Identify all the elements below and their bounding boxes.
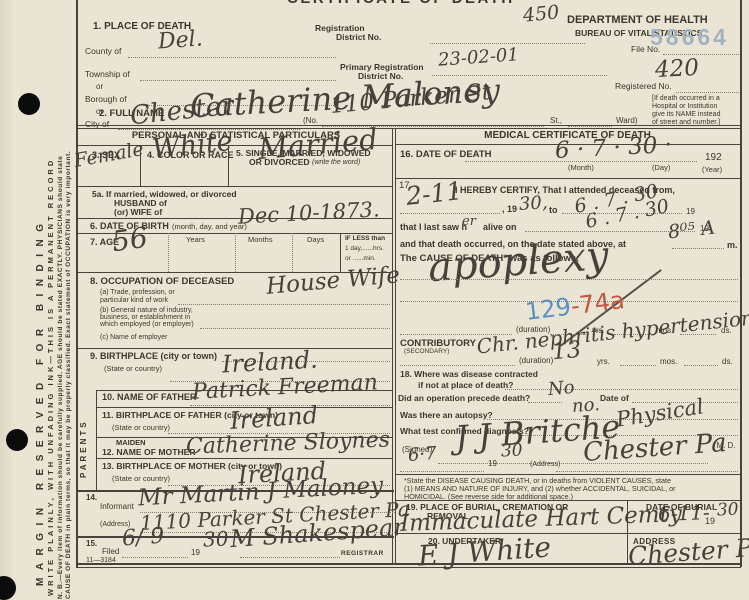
punch-hole	[0, 576, 16, 600]
occupation-b-line3: which employed (or employer)	[100, 321, 194, 328]
last-saw-pre-text: that I last saw h	[400, 223, 467, 232]
undertaker-value-handwriting: E J White	[417, 533, 552, 570]
dotted-line	[465, 160, 697, 162]
margin-nb-note-line1: N. B.—Every item of information should b…	[58, 156, 65, 599]
last-saw-er-handwriting: er	[462, 215, 476, 228]
mother-name-label-line1: MAIDEN	[116, 439, 146, 447]
dotted-line	[400, 278, 738, 280]
occupation-value-handwriting: House Wife	[265, 264, 401, 299]
burial-date-year-handwriting: 30	[717, 501, 740, 519]
rule	[76, 128, 741, 129]
occupation-c-label: (c) Name of employer	[100, 334, 167, 341]
rule	[396, 474, 741, 475]
pencil-number-handwriting: 450	[522, 3, 560, 26]
operation-label: Did an operation precede death?	[398, 394, 530, 403]
death-certificate-page: MARGIN RESERVED FOR BINDING WRITE PLAINL…	[0, 0, 749, 600]
or-label: or	[96, 83, 103, 91]
disease-contracted-line1: 18. Where was disease contracted	[400, 370, 538, 379]
mother-birthplace-sublabel: (State or country)	[112, 475, 170, 483]
hospital-note-line2: Hospital or Institution	[652, 103, 717, 110]
dotted-line	[505, 388, 738, 390]
rule	[96, 458, 392, 459]
contributory-duration-value-handwriting: 13	[551, 339, 582, 364]
dotted-line	[438, 462, 708, 464]
dotted-line	[178, 303, 390, 305]
rule	[740, 0, 742, 567]
if-less-label-line3: or ......min.	[345, 256, 376, 263]
cause-code-red: -74a	[569, 286, 626, 320]
rule	[396, 533, 741, 534]
full-name-value-handwriting: Catherine Maloney	[189, 74, 500, 122]
attended-from-handwriting: 2-11	[405, 178, 463, 209]
cause-code-blue: 129	[524, 293, 573, 326]
cause-code-annotation: 129-74a	[524, 288, 626, 324]
date-of-death-value-handwriting: 6 · 7 · 30 ·	[554, 134, 672, 163]
from-year-handwriting: 30,	[518, 194, 548, 214]
burial-date-value-handwriting: 6-11-	[658, 502, 710, 524]
hospital-note-line1: [If death occurred in a	[652, 95, 720, 102]
parents-vertical-label: PARENTS	[80, 419, 88, 478]
marital-value-handwriting: Married	[257, 125, 379, 164]
signed-date-handwriting: 6·7	[407, 445, 437, 465]
contributory-ds-label: ds.	[722, 358, 733, 366]
registered-no-value-handwriting: 420	[654, 57, 699, 82]
contributory-sublabel: (SECONDARY)	[404, 349, 449, 356]
margin-permanent-record-note: WRITE PLAINLY, WITH UNFADING INK—THIS IS…	[47, 158, 55, 596]
operation-date-label: Date of	[600, 394, 629, 403]
date-of-death-label: 16. DATE OF DEATH	[400, 150, 492, 160]
borough-label: Borough of	[85, 95, 127, 104]
filed-label: Filed	[102, 548, 119, 556]
rule	[76, 186, 392, 187]
to-19-printed: 19	[686, 208, 695, 216]
if-less-label-line2: 1 day,......hrs.	[345, 246, 384, 253]
dod-192-printed: 192	[705, 153, 722, 164]
if-less-label-line1: IF LESS than	[345, 236, 385, 243]
birthplace-sublabel: (State or country)	[104, 365, 162, 373]
date-of-birth-sublabel: (month, day, and year)	[172, 223, 247, 231]
filed-date-handwriting: 6/ 9	[121, 526, 165, 551]
death-time-handwriting: 8⁰⁵ A	[667, 219, 716, 243]
age-months-label: Months	[248, 236, 273, 244]
age-days-label: Days	[307, 236, 324, 244]
to-label: to	[549, 206, 558, 215]
punch-hole	[6, 429, 28, 451]
margin-binding-note: MARGIN RESERVED FOR BINDING	[36, 216, 47, 586]
dotted-line	[400, 364, 515, 366]
filed-number: 15.	[86, 540, 97, 548]
informant-label: Informant	[100, 503, 134, 511]
hospital-note-line3: give its NAME instead	[652, 111, 720, 118]
township-label: Township of	[85, 70, 130, 79]
dotted-line	[430, 42, 585, 44]
dotted-line	[400, 212, 500, 214]
father-birthplace-sublabel: (State or country)	[112, 424, 170, 432]
father-name-value-handwriting: Patrick Freeman	[192, 372, 379, 404]
burial-date-19-printed: 19	[705, 517, 715, 526]
age-years-label: Years	[186, 236, 205, 244]
husband-of-line3: (or) WIFE of	[114, 208, 162, 217]
signed-address-label: (Address)	[530, 461, 560, 468]
dod-year-sublabel: (Year)	[702, 166, 722, 174]
filed-19-printed: 19	[191, 549, 200, 557]
dotted-line	[168, 233, 170, 272]
dotted-line	[528, 401, 562, 403]
form-number: 11—3184	[86, 557, 116, 564]
dotted-line	[122, 556, 188, 558]
filed-year-handwriting: 30	[202, 528, 228, 549]
dotted-line	[684, 364, 718, 366]
dotted-line	[672, 247, 724, 249]
disease-contracted-line2: if not at place of death?	[418, 381, 513, 390]
dotted-line	[128, 56, 336, 58]
cause-of-death-value-handwriting: apoplexy	[427, 236, 610, 289]
rule	[96, 390, 97, 490]
dotted-line	[240, 556, 340, 558]
race-value-handwriting: White	[151, 128, 234, 163]
last-saw-post-text: alive on	[483, 223, 517, 232]
occupation-a-line1: (a) Trade, profession, or	[100, 289, 175, 296]
birthplace-value-handwriting: Ireland.	[221, 348, 318, 377]
dotted-line	[556, 470, 738, 472]
county-value-handwriting: Del.	[157, 28, 203, 53]
informant-number: 14.	[86, 494, 97, 502]
contributory-yrs-label: yrs.	[597, 358, 610, 366]
mother-name-value-handwriting: Catherine Sloynes	[186, 429, 391, 458]
dotted-line	[620, 364, 656, 366]
dotted-line	[292, 233, 294, 272]
father-name-label: 10. NAME OF FATHER	[102, 393, 196, 402]
rule	[76, 125, 741, 126]
rule	[76, 0, 78, 567]
registered-no-label: Registered No.	[615, 82, 672, 91]
contributory-duration-label: (duration)	[519, 357, 553, 365]
from-19-printed: , 19	[502, 205, 517, 214]
rule	[340, 233, 341, 272]
age-value-handwriting: 56	[110, 224, 149, 257]
margin-nb-note-line2: CAUSE OF DEATH in plain terms, so that i…	[66, 151, 73, 599]
registrar-label: REGISTRAR	[341, 551, 384, 558]
primary-district-value-handwriting: 23-02-01	[437, 46, 519, 70]
dod-month-sublabel: (Month)	[568, 164, 594, 172]
registration-district-label2: District No.	[336, 33, 381, 42]
contributory-mos-label: mos.	[660, 358, 677, 366]
occupation-a-line2: particular kind of work	[100, 297, 168, 304]
occupation-label: 8. OCCUPATION OF DECEASED	[90, 277, 234, 287]
dotted-line	[663, 53, 739, 55]
date-of-birth-value-handwriting: Dec 10-1873.	[238, 199, 381, 227]
dotted-line	[676, 91, 739, 93]
dotted-line	[400, 470, 484, 472]
punch-hole	[18, 93, 40, 115]
mother-name-label-line2: 12. NAME OF MOTHER	[102, 448, 196, 457]
death-m-label: m.	[727, 241, 738, 250]
dotted-line	[200, 327, 390, 329]
dotted-line	[235, 233, 237, 272]
dod-day-sublabel: (Day)	[652, 164, 670, 172]
signed-19-printed: 19	[488, 460, 497, 468]
signed-year-handwriting: 30	[501, 442, 524, 460]
father-birthplace-value-handwriting: Ireland	[229, 403, 318, 433]
file-no-stamp: 58664	[650, 24, 729, 51]
certificate-title: CERTIFICATE OF DEATH	[287, 0, 515, 7]
birthplace-label: 9. BIRTHPLACE (city or town)	[90, 352, 217, 361]
county-label: County of	[85, 47, 121, 56]
full-name-label: 2. FULL NAME	[99, 109, 164, 119]
